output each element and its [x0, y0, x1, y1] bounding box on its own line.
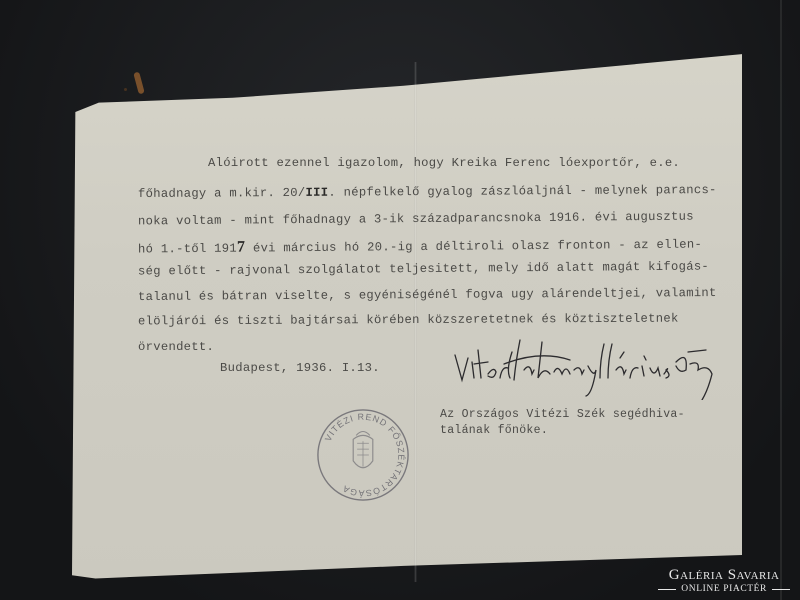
battalion-roman-numeral: III — [305, 186, 328, 200]
frame-edge — [780, 0, 782, 600]
body-line-1: Alóirott ezennel igazolom, hogy Kreika F… — [208, 156, 680, 170]
body-line-2b: . népfelkelő gyalog zászlóaljnál - melyn… — [328, 183, 716, 200]
coat-of-arms-icon — [353, 431, 373, 467]
official-stamp: VITÉZI REND FŐSZÉKTARTÓSÁGA — [314, 406, 412, 504]
signer-title-line-1: Az Országos Vitézi Szék segédhiva- — [440, 408, 685, 421]
stain-dot — [124, 88, 127, 91]
watermark-rule-right — [772, 589, 790, 590]
body-line-4a: hó 1.-től 191 — [138, 242, 237, 257]
body-line-7: elöljárói és tiszti bajtársai körében kö… — [138, 312, 679, 329]
handwritten-signature — [450, 330, 730, 400]
watermark-rule-left — [658, 589, 676, 590]
watermark-subtitle-row: ONLINE PIACTÉR — [658, 584, 790, 594]
galeria-savaria-watermark: Galéria Savaria ONLINE PIACTÉR — [658, 567, 790, 594]
watermark-title: Galéria Savaria — [658, 567, 790, 584]
body-line-8: örvendett. — [138, 340, 214, 354]
place-date: Budapest, 1936. I.13. — [220, 361, 380, 375]
body-line-4b: évi március hó 20.-ig a déltiroli olasz … — [245, 238, 702, 256]
signer-title-line-2: talának főnöke. — [440, 424, 548, 437]
body-line-2a: főhadnagy a m.kir. 20/ — [138, 186, 306, 201]
watermark-subtitle: ONLINE PIACTÉR — [681, 584, 767, 594]
